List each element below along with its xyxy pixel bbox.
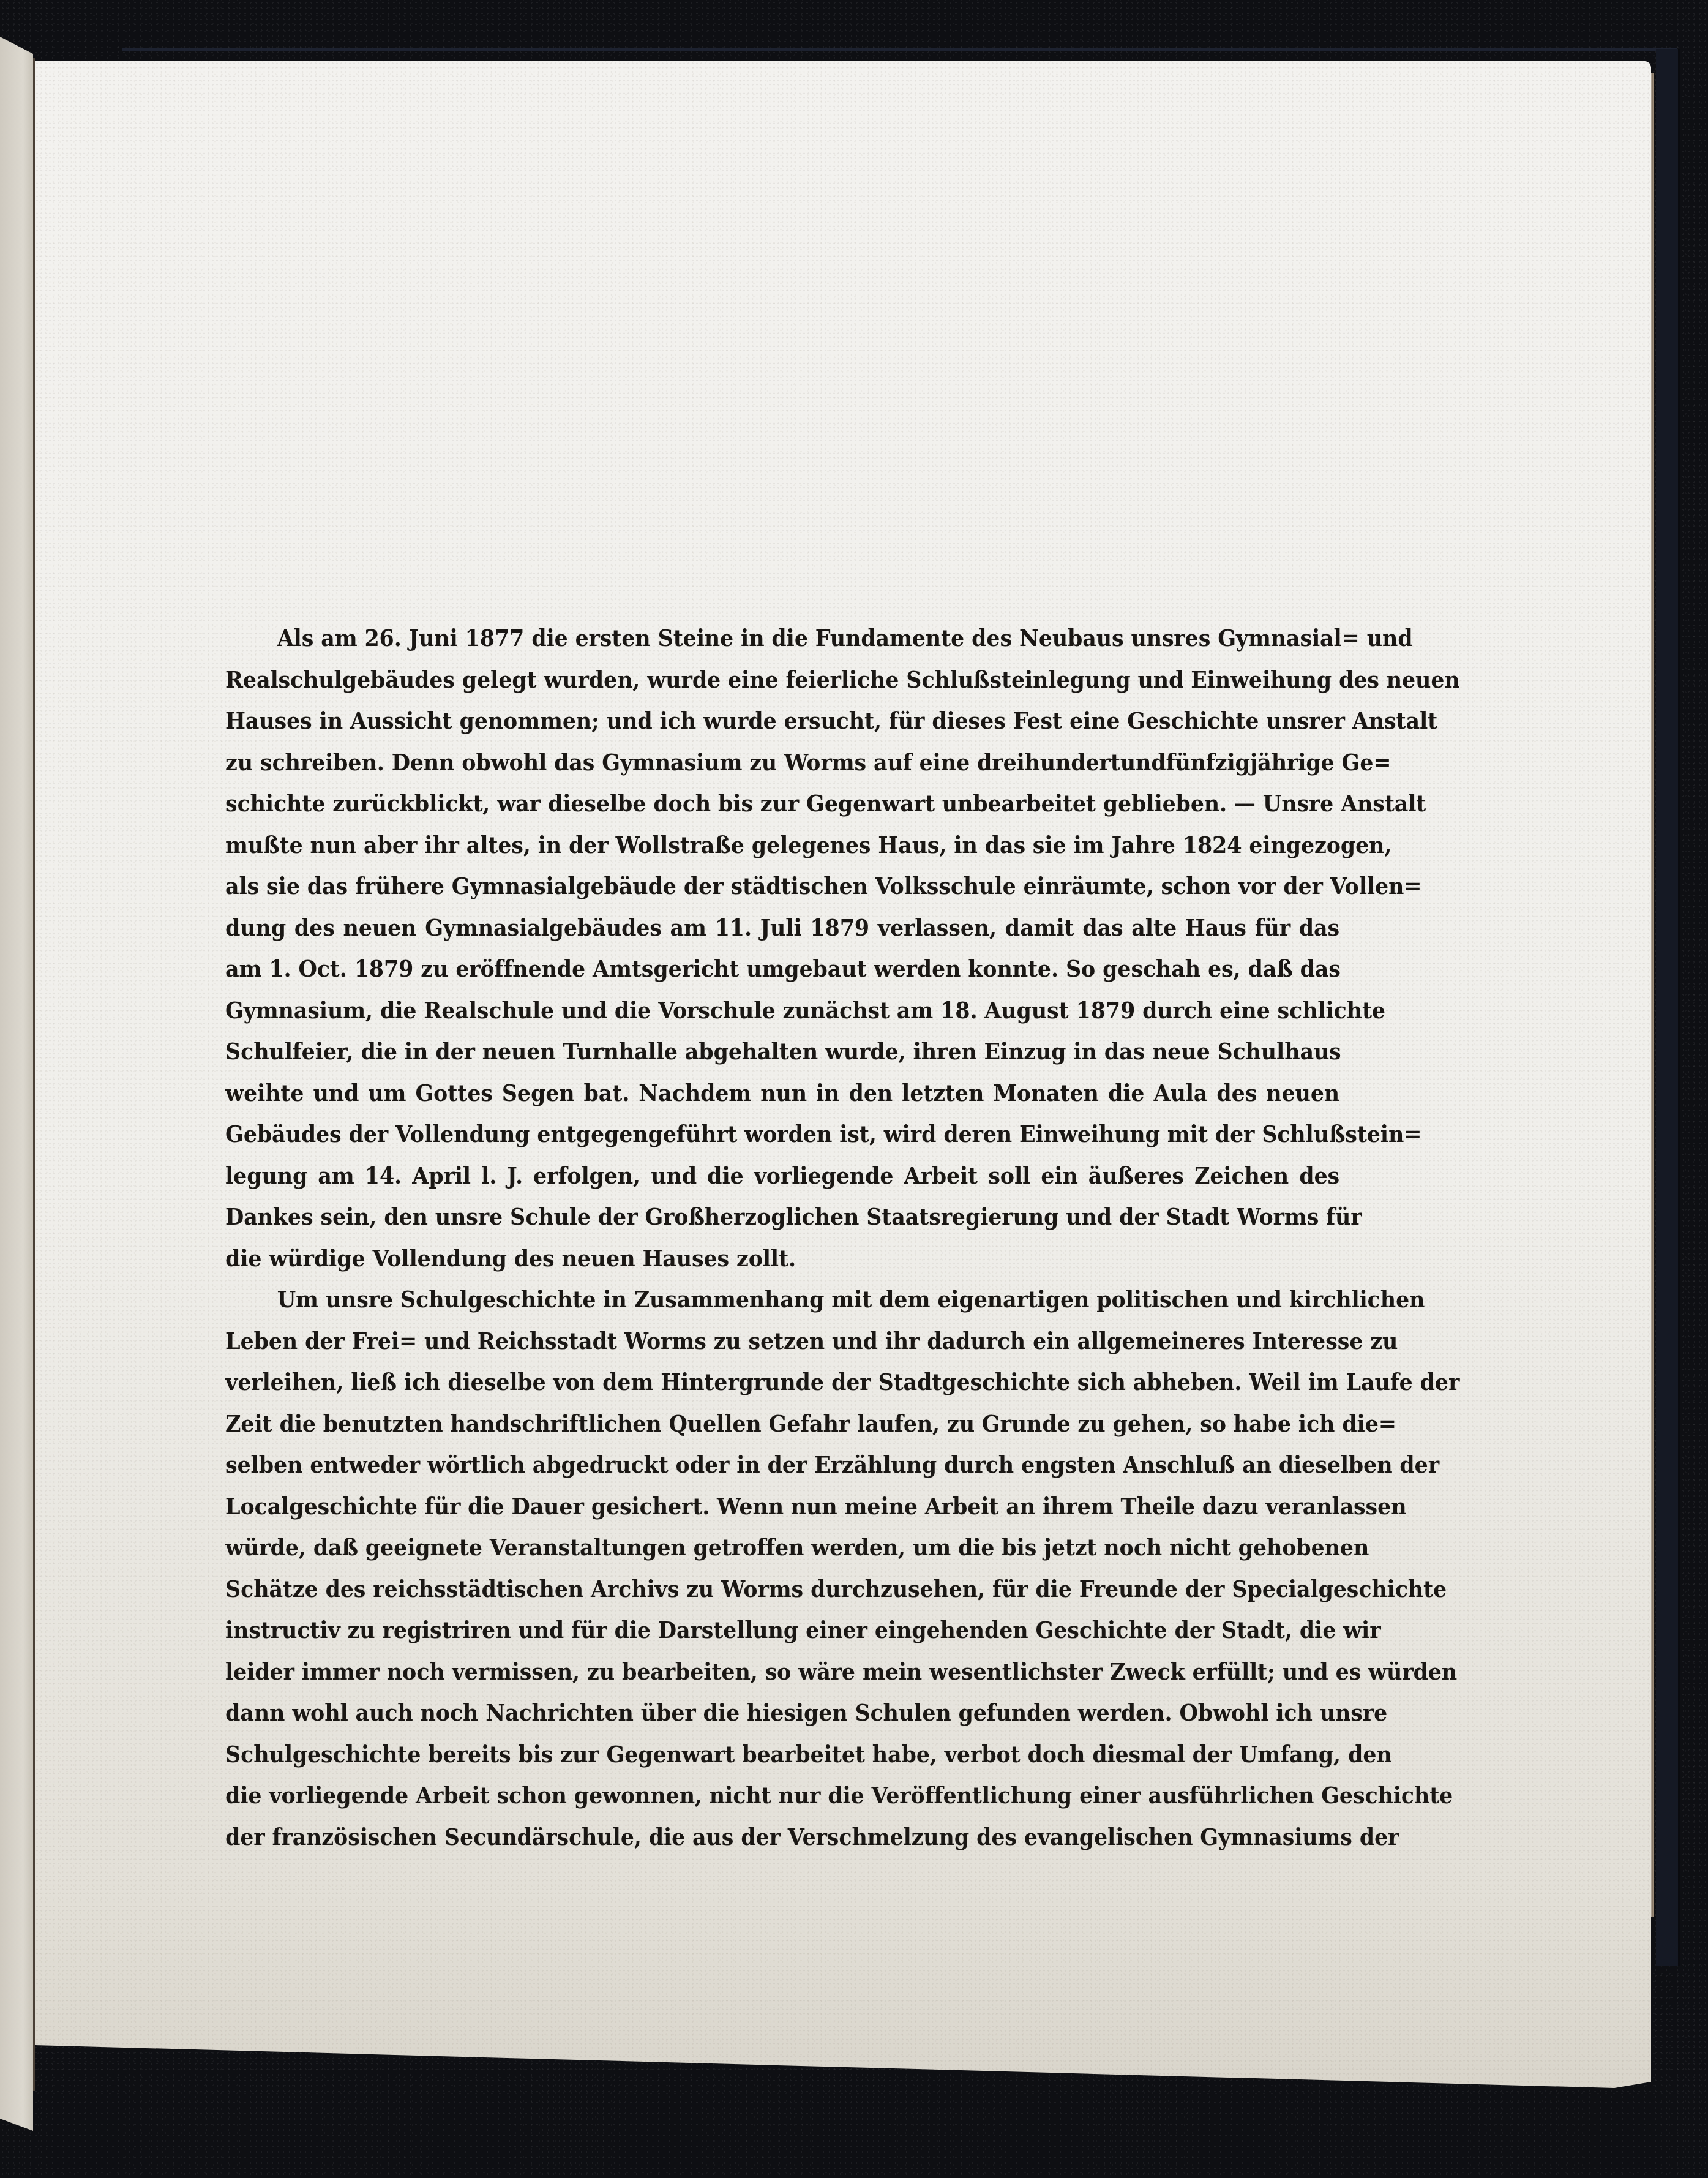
text-line: mußte nun aber ihr altes, in der Wollstr… xyxy=(225,824,1339,866)
text-line: schichte zurückblickt, war dieselbe doch… xyxy=(225,783,1339,824)
text-line: instructiv zu registriren und für die Da… xyxy=(225,1609,1339,1651)
text-line: legung am 14. April l. J. erfolgen, und … xyxy=(225,1155,1339,1196)
text-line: am 1. Oct. 1879 zu eröffnende Amtsgerich… xyxy=(225,948,1339,989)
text-line: Zeit die benutzten handschriftlichen Que… xyxy=(225,1403,1339,1444)
text-line: Dankes sein, den unsre Schule der Großhe… xyxy=(225,1196,1339,1237)
text-line: würde, daß geeignete Veranstaltungen get… xyxy=(225,1526,1339,1568)
gutter-shadow xyxy=(33,58,35,2091)
text-line: Gebäudes der Vollendung entgegengeführt … xyxy=(225,1113,1339,1155)
text-line: Realschulgebäudes gelegt wurden, wurde e… xyxy=(225,659,1339,700)
text-line: Hauses in Aussicht genommen; und ich wur… xyxy=(225,700,1339,742)
text-line: Schätze des reichsstädtischen Archivs zu… xyxy=(225,1568,1339,1610)
text-line: Um unsre Schulgeschichte in Zusammenhang… xyxy=(225,1279,1339,1320)
book-cover-top-edge xyxy=(122,48,1677,51)
text-line: zu schreiben. Denn obwohl das Gymnasium … xyxy=(225,742,1339,783)
text-line: dann wohl auch noch Nachrichten über die… xyxy=(225,1692,1339,1733)
text-line: Localgeschichte für die Dauer gesichert.… xyxy=(225,1485,1339,1527)
text-line: die vorliegende Arbeit schon gewonnen, n… xyxy=(225,1774,1339,1816)
paragraph-2: Um unsre Schulgeschichte in Zusammenhang… xyxy=(225,1279,1339,1857)
text-line: Als am 26. Juni 1877 die ersten Steine i… xyxy=(225,617,1339,659)
text-line: dung des neuen Gymnasialgebäudes am 11. … xyxy=(225,907,1339,948)
text-line: Gymnasium, die Realschule und die Vorsch… xyxy=(225,989,1339,1031)
text-line: weihte und um Gottes Segen bat. Nachdem … xyxy=(225,1072,1339,1114)
text-line: leider immer noch vermissen, zu bearbeit… xyxy=(225,1651,1339,1692)
body-text: Als am 26. Juni 1877 die ersten Steine i… xyxy=(225,617,1339,1857)
text-line: Schulfeier, die in der neuen Turnhalle a… xyxy=(225,1031,1339,1072)
text-line: als sie das frühere Gymnasialgebäude der… xyxy=(225,865,1339,907)
text-line: Schulgeschichte bereits bis zur Gegenwar… xyxy=(225,1733,1339,1775)
text-line: Leben der Frei= und Reichsstadt Worms zu… xyxy=(225,1320,1339,1362)
scanned-book-spread: Als am 26. Juni 1877 die ersten Steine i… xyxy=(0,0,1708,2178)
facing-page-edge xyxy=(0,37,33,2131)
text-line: verleihen, ließ ich dieselbe von dem Hin… xyxy=(225,1361,1339,1403)
text-line: die würdige Vollendung des neuen Hauses … xyxy=(225,1237,1339,1279)
text-line: der französischen Secundärschule, die au… xyxy=(225,1816,1339,1858)
paragraph-1: Als am 26. Juni 1877 die ersten Steine i… xyxy=(225,617,1339,1279)
book-cover-right-edge xyxy=(1656,49,1680,1966)
text-line: selben entweder wörtlich abgedruckt oder… xyxy=(225,1444,1339,1485)
